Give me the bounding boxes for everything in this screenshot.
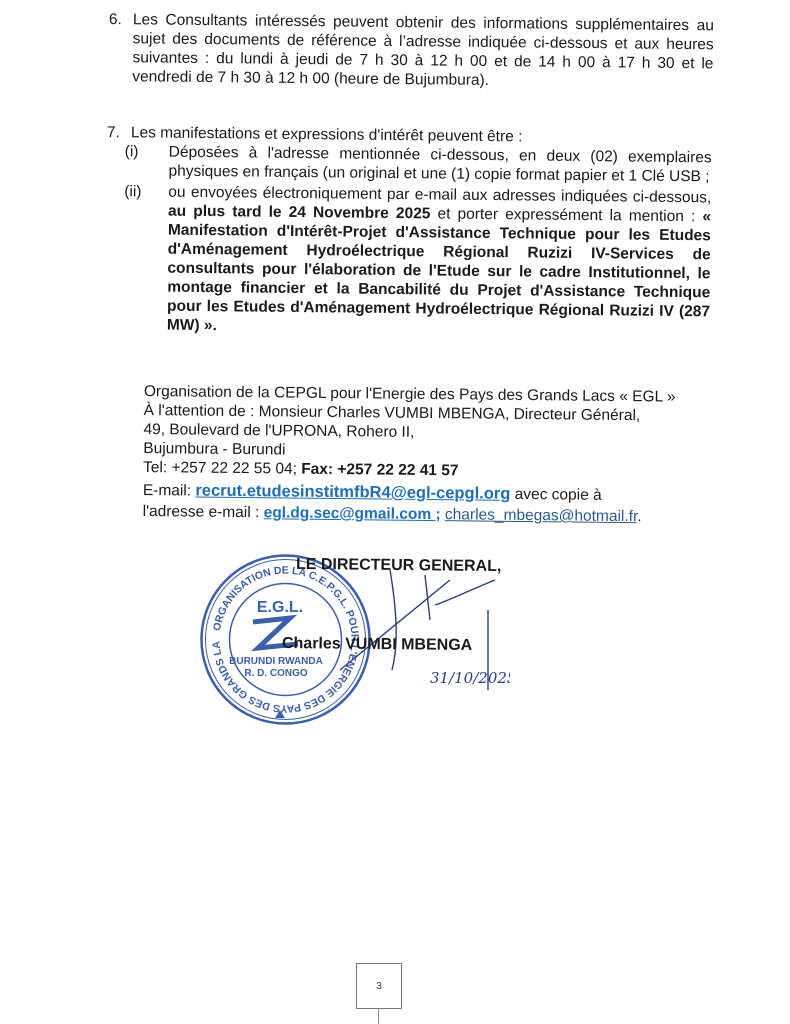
sub-item-i: (i) Déposées à l'adresse mentionnée ci-d…	[130, 142, 711, 186]
signatory-name: Charles VUMBI MBENGA	[282, 635, 472, 655]
svg-text:31/10/2025: 31/10/2025	[430, 669, 510, 687]
email-link-dg[interactable]: egl.dg.sec@gmail.com ;	[264, 504, 441, 523]
tel: Tel: +257 22 22 55 04;	[143, 459, 301, 478]
copy-email-line: l'adresse e-mail : egl.dg.sec@gmail.com …	[143, 502, 703, 527]
paragraph-item-7: 7. Les manifestations et expressions d'i…	[105, 123, 712, 340]
fax: Fax: +257 22 22 41 57	[301, 461, 458, 480]
svg-text:E.G.L.: E.G.L.	[257, 599, 303, 616]
page-number-box: 3	[356, 963, 402, 1009]
copy-label: l'adresse e-mail :	[143, 503, 264, 521]
sub-item-ii: (ii) ou envoyées électroniquement par e-…	[129, 182, 712, 340]
page-number-line	[378, 1008, 379, 1024]
email-label: E-mail:	[143, 482, 196, 500]
svg-text:BURUNDI RWANDA: BURUNDI RWANDA	[229, 656, 323, 667]
item-number: 7.	[107, 123, 120, 142]
signatory-title: LE DIRECTEUR GENERAL,	[296, 556, 502, 576]
paragraph-item-6: 6. Les Consultants intéressés peuvent ob…	[108, 10, 714, 92]
svg-text:R. D. CONGO: R. D. CONGO	[244, 668, 308, 679]
item-text: Les Consultants intéressés peuvent obten…	[132, 10, 714, 92]
sub-item-label: (ii)	[124, 182, 141, 201]
email-link-main[interactable]: recrut.etudesinstitmfbR4@egl-cepgl.org	[195, 482, 510, 503]
mention: « Manifestation d'Intérêt-Projet d'Assis…	[167, 208, 711, 334]
deadline: au plus tard le 24 Novembre 2025	[168, 203, 430, 223]
page-number: 3	[376, 981, 382, 992]
copy-text: avec copie à	[510, 486, 602, 504]
end-period: .	[637, 508, 641, 525]
email-link-hotmail[interactable]: charles_mbegas@hotmail.fr	[445, 506, 638, 525]
text-after: et porter expressément la mention :	[430, 205, 702, 225]
item-number: 6.	[109, 10, 122, 29]
sub-item-label: (i)	[125, 142, 139, 161]
sub-item-text: Déposées à l'adresse mentionnée ci-desso…	[168, 143, 711, 187]
address-block: Organisation de la CEPGL pour l'Energie …	[143, 382, 704, 527]
sub-item-text: ou envoyées électroniquement par e-mail …	[167, 183, 712, 341]
document-page: 6. Les Consultants intéressés peuvent ob…	[0, 0, 790, 1024]
